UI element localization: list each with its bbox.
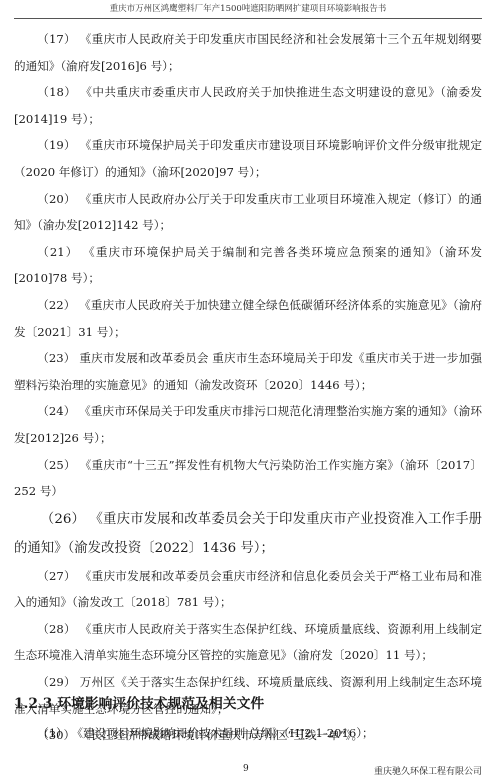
reference-item-22: （22） 《重庆市人民政府关于加快建立健全绿色低碳循环经济体系的实施意见》（渝府… [14,292,482,345]
reference-item-27: （27） 《重庆市发展和改革委员会重庆市经济和信息化委员会关于严格工业布局和准入… [14,563,482,616]
reference-list: （17） 《重庆市人民政府关于印发重庆市国民经济和社会发展第十三个五年规划纲要的… [14,26,482,749]
reference-item-20: （20） 《重庆市人民政府办公厅关于印发重庆市工业项目环境准入规定（修订）的通知… [14,186,482,239]
reference-item-28: （28） 《重庆市人民政府关于落实生态保护红线、环境质量底线、资源利用上线制定生… [14,616,482,669]
reference-item-17: （17） 《重庆市人民政府关于印发重庆市国民经济和社会发展第十三个五年规划纲要的… [14,26,482,79]
footer-company: 重庆驰久环保工程有限公司 [374,764,482,777]
reference-item-24: （24） 《重庆市环保局关于印发重庆市排污口规范化清理整治实施方案的通知》（渝环… [14,398,482,451]
reference-item-18: （18） 《中共重庆市委重庆市人民政府关于加快推进生态文明建设的意见》（渝委发[… [14,79,482,132]
page-number: 9 [243,764,249,774]
section-item-1: （1） 《建设项目环境影响评价技术导则 总纲》（HJ2.1-2016）； [14,723,482,743]
reference-item-19: （19） 《重庆市环境保护局关于印发重庆市建设项目环境影响评价文件分级审批规定（… [14,132,482,185]
reference-item-26: （26） 《重庆市发展和改革委员会关于印发重庆市产业投资准入工作手册的通知》（渝… [14,505,482,563]
reference-item-25: （25） 《重庆市“十三五”挥发性有机物大气污染防治工作实施方案》（渝环〔201… [14,452,482,505]
reference-item-21: （21） 《重庆市环境保护局关于编制和完善各类环境应急预案的通知》（渝环发[20… [14,239,482,292]
page-header: 重庆市万州区鸿鹰塑料厂年产1500吨遮阳防晒网扩建项目环境影响报告书 [14,4,482,19]
section-heading: 1.2.3 环境影响评价技术规范及相关文件 [14,694,264,714]
reference-item-23: （23） 重庆市发展和改革委员会 重庆市生态环境局关于印发《重庆市关于进一步加强… [14,345,482,398]
